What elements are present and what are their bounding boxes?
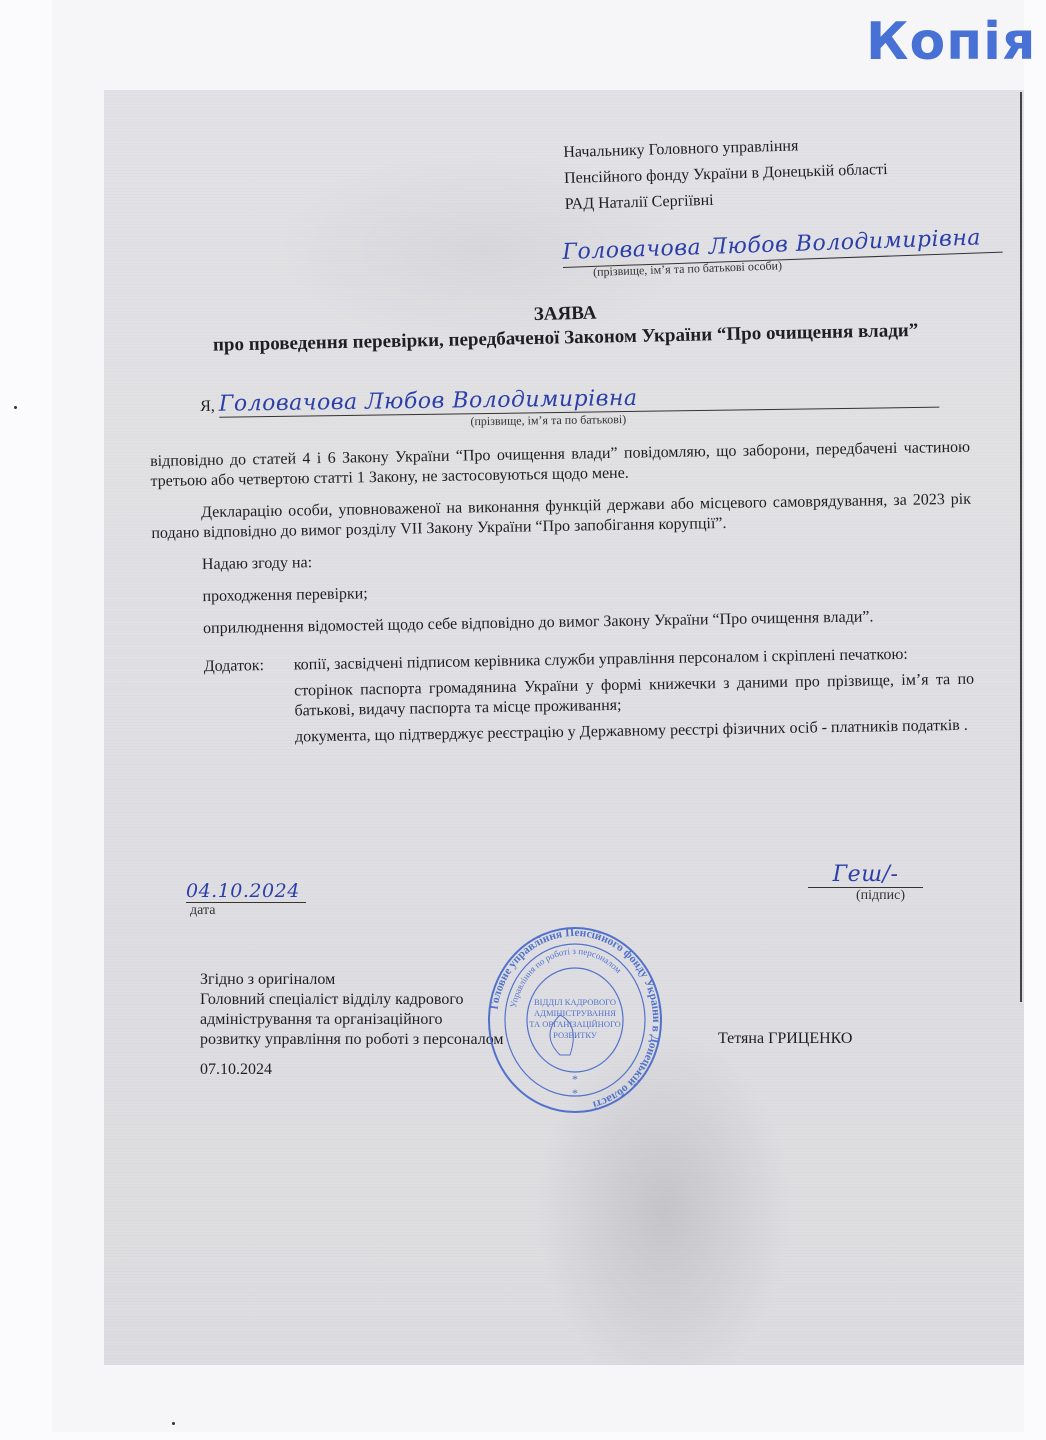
svg-text:*: * <box>572 1086 578 1100</box>
certifier-name: Тетяна ГРИЦЕНКО <box>718 1030 852 1048</box>
svg-text:*: * <box>572 1072 578 1086</box>
svg-text:РОЗВИТКУ: РОЗВИТКУ <box>553 1030 598 1040</box>
signature-handwritten: Геш/- <box>808 862 923 888</box>
paragraph-consent-item: оприлюднення відомостей щодо себе відпов… <box>153 606 973 640</box>
scan-speck <box>14 406 17 409</box>
certification-date: 07.10.2024 <box>200 1060 504 1080</box>
paragraph-consent-item: проходження перевірки; <box>152 574 972 608</box>
copy-stamp: Копія <box>866 12 1036 72</box>
paragraph-consent: Надаю згоду на: <box>152 542 972 576</box>
certification-line: Згідно з оригіналом <box>200 970 504 990</box>
date-handwritten: 04.10.2024 <box>186 880 306 903</box>
paragraph-declaration: Декларацію особи, уповноваженої на викон… <box>151 490 972 544</box>
svg-text:АДМІНІСТРУВАННЯ: АДМІНІСТРУВАННЯ <box>534 1008 616 1018</box>
certification-line: адміністрування та організаційного <box>200 1010 504 1030</box>
svg-text:ТА ОРГАНІЗАЦІЙНОГО: ТА ОРГАНІЗАЦІЙНОГО <box>529 1019 621 1029</box>
document-body: відповідно до статей 4 і 6 Закону Україн… <box>150 438 975 756</box>
signature-caption: (підпис) <box>808 888 923 904</box>
appendix-item: документа, що підтверджує реєстрацію у Д… <box>295 716 975 748</box>
addressee-block: Начальнику Головного управління Пенсійно… <box>563 131 889 218</box>
appendix-item: сторінок паспорта громадянина України у … <box>294 670 975 722</box>
appendix-label: Додаток: <box>154 656 286 756</box>
certification-line: Головний спеціаліст відділу кадрового <box>200 990 504 1010</box>
official-seal-icon: Головне управління Пенсійного фонду Укра… <box>485 925 665 1115</box>
scan-speck <box>172 1422 175 1425</box>
date-field: 04.10.2024 дата <box>186 880 306 919</box>
svg-text:ВІДДІЛ КАДРОВОГО: ВІДДІЛ КАДРОВОГО <box>534 997 616 1007</box>
certification-block: Згідно з оригіналом Головний спеціаліст … <box>200 970 504 1080</box>
certification-line: розвитку управління по роботі з персонал… <box>200 1030 504 1050</box>
page-edge-line <box>1020 92 1022 1002</box>
declarant-lead: Я, <box>200 398 215 415</box>
date-caption: дата <box>186 903 306 919</box>
appendix-block: Додаток: копії, засвідчені підписом кері… <box>154 644 976 756</box>
signature-field: Геш/- (підпис) <box>808 862 923 904</box>
